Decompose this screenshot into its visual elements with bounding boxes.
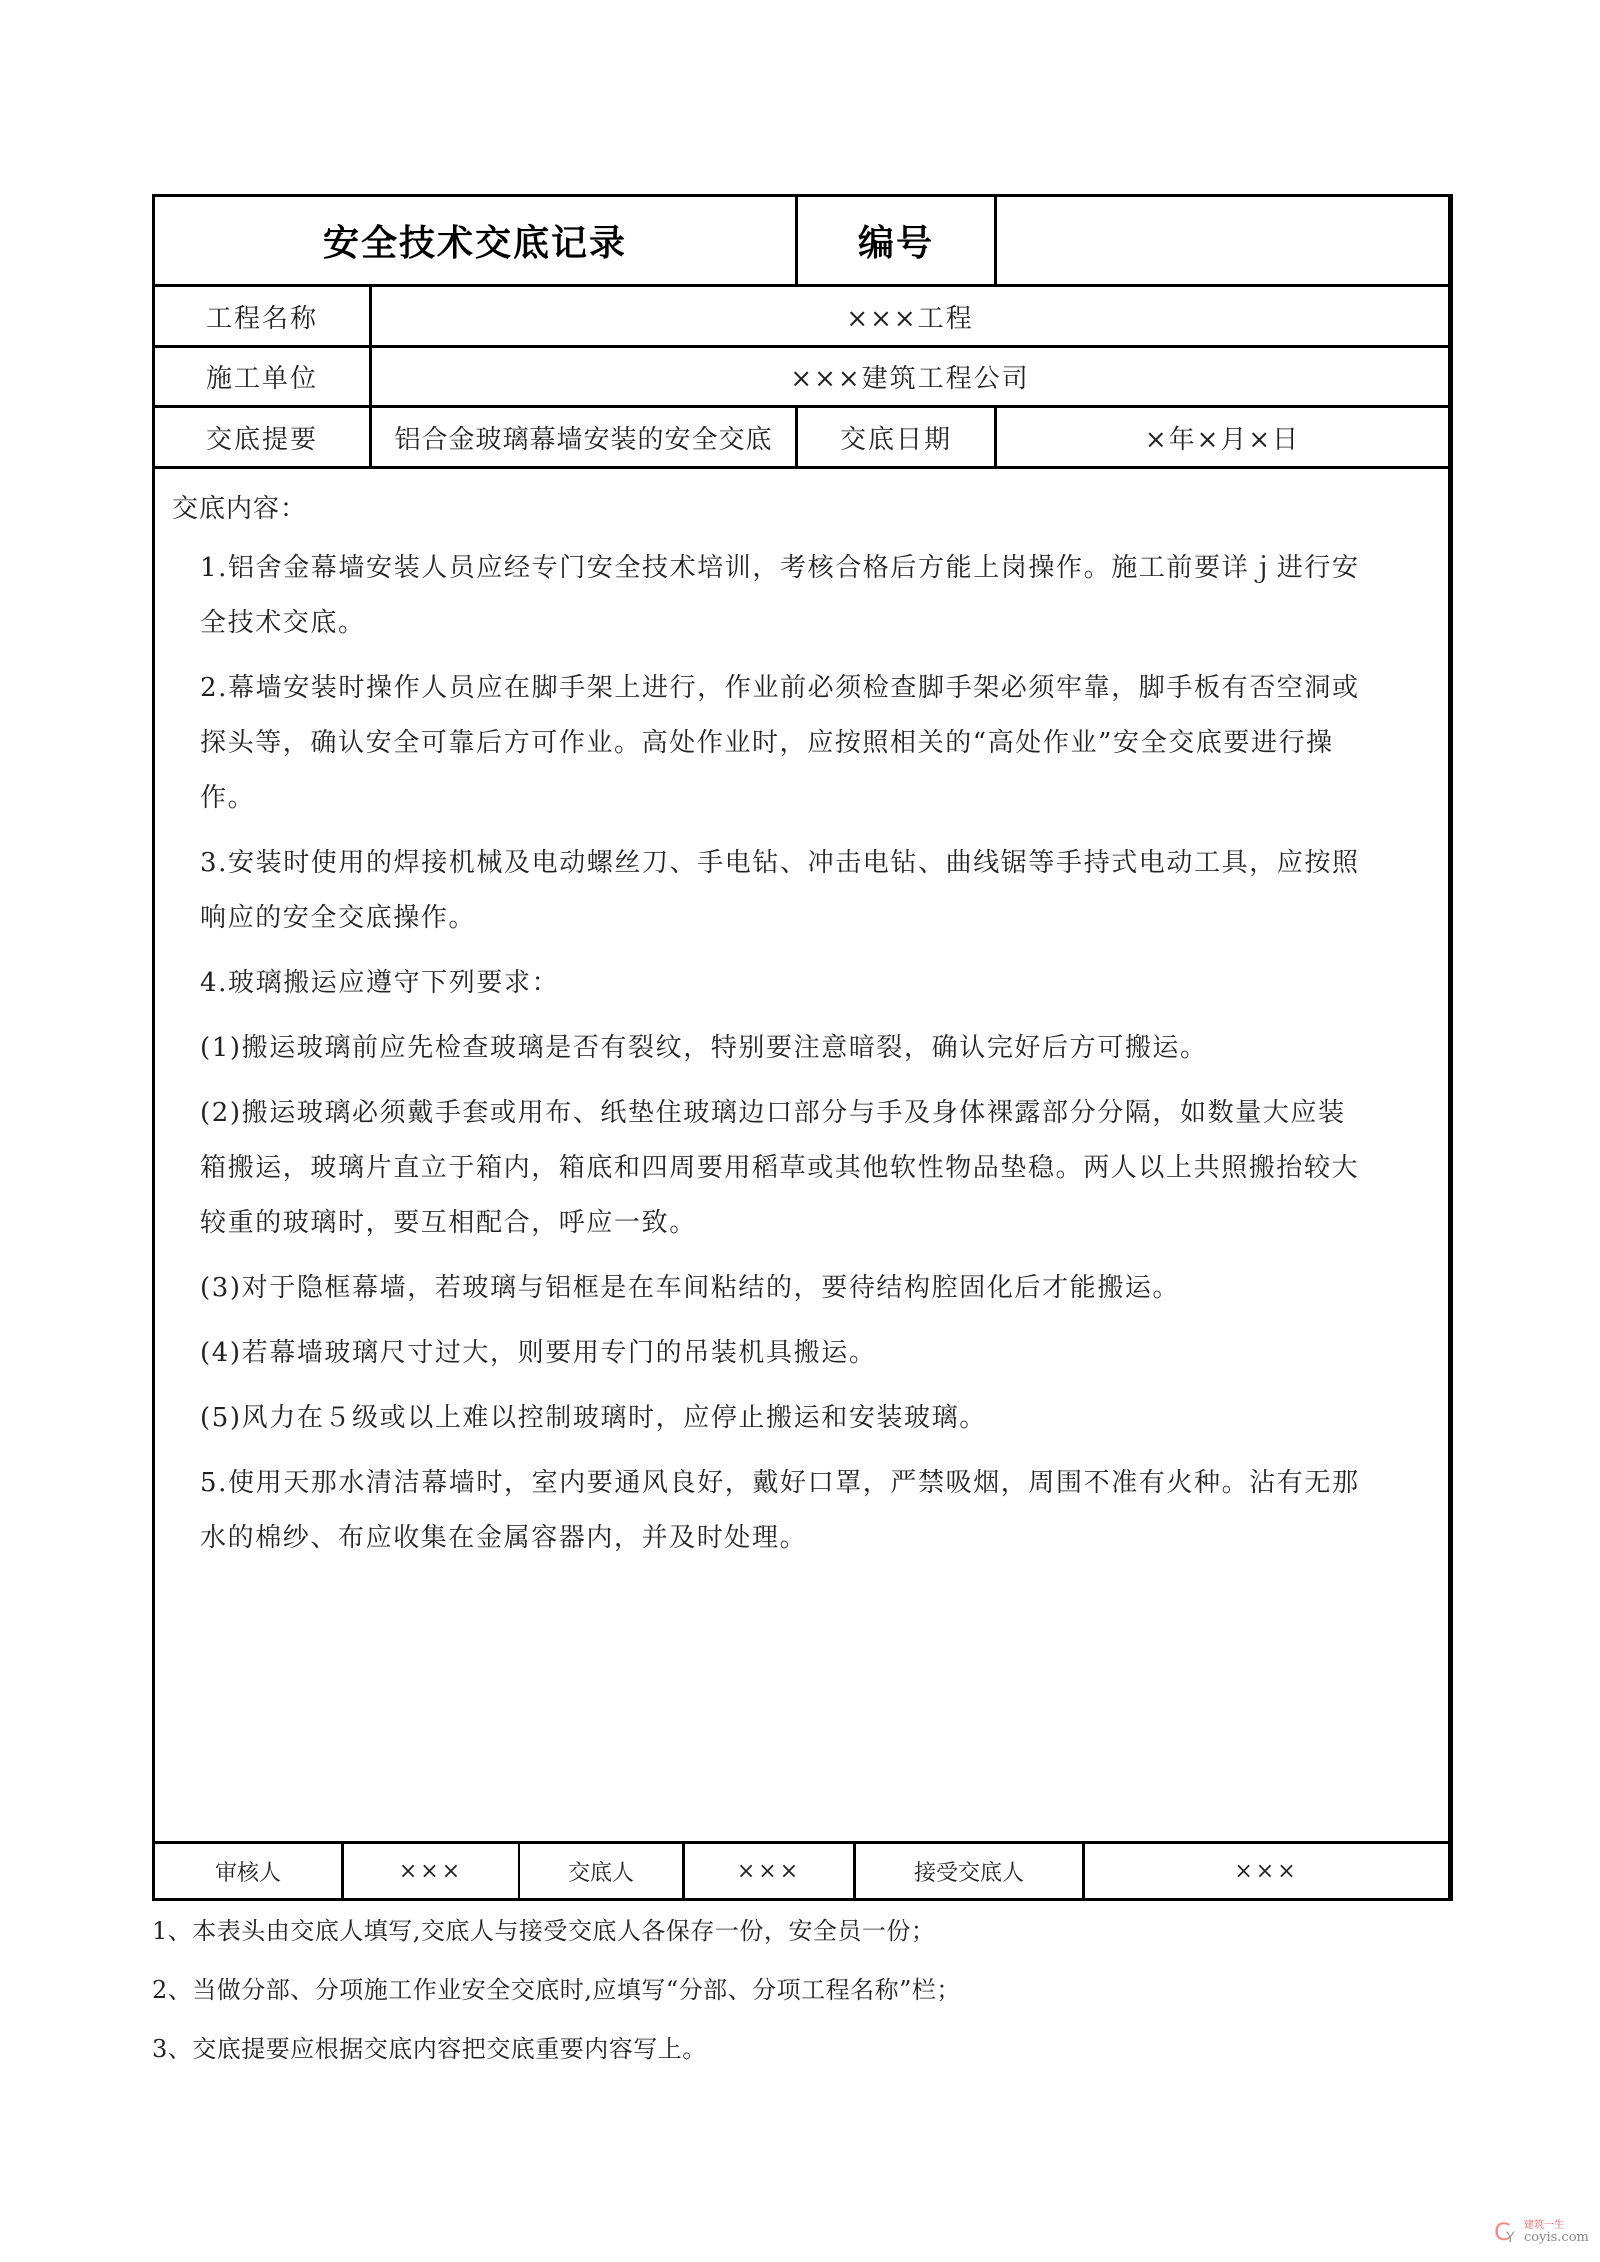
reviewer-label: 审核人 xyxy=(155,1844,341,1898)
content-line: (2)搬运玻璃必须戴手套或用布、纸垫住玻璃边口部分与手及身体裸露部分分隔，如数量… xyxy=(200,1093,1440,1148)
table-border-bottom xyxy=(152,1898,1452,1901)
content-paragraph-4-5: (5)风力在５级或以上难以控制玻璃时，应停止搬运和安装玻璃。 xyxy=(200,1398,1440,1453)
construction-unit-value: ×××建筑工程公司 xyxy=(372,348,1448,405)
content-line: 较重的玻璃时，要互相配合，呼应一致。 xyxy=(200,1203,1440,1258)
content-line: 箱搬运，玻璃片直立于箱内，箱底和四周要用稻草或其他软性物品垫稳。两人以上共照搬抬… xyxy=(200,1148,1440,1203)
watermark-brand-cn: 建筑一生 xyxy=(1524,2216,1564,2231)
presenter-value: ××× xyxy=(685,1844,853,1898)
content-line: 作。 xyxy=(200,778,1440,833)
content-paragraph-4-1: (1)搬运玻璃前应先检查玻璃是否有裂纹，特别要注意暗裂，确认完好后方可搬运。 xyxy=(200,1028,1440,1083)
summary-value: 铝合金玻璃幕墙安装的安全交底 xyxy=(372,408,795,466)
reviewer-value: ××× xyxy=(344,1844,518,1898)
content-body: 1.铝舍金幕墙安装人员应经专门安全技术培训，考核合格后方能上岗操作。施工前要详ｊ… xyxy=(200,548,1440,1583)
content-line: 1.铝舍金幕墙安装人员应经专门安全技术培训，考核合格后方能上岗操作。施工前要详ｊ… xyxy=(200,548,1440,603)
footnote-2: 2、当做分部、分项施工作业安全交底时,应填写“分部、分项工程名称”栏； xyxy=(152,1973,961,2032)
content-line: 4.玻璃搬运应遵守下列要求： xyxy=(200,963,1440,1018)
date-value: ×年×月×日 xyxy=(997,408,1448,466)
content-line: 水的棉纱、布应收集在金属容器内，并及时处理。 xyxy=(200,1518,1440,1573)
content-line: 响应的安全交底操作。 xyxy=(200,898,1440,953)
project-name-value: ×××工程 xyxy=(372,287,1448,345)
presenter-label: 交底人 xyxy=(520,1844,682,1898)
footnote-1: 1、本表头由交底人填写,交底人与接受交底人各保存一份，安全员一份； xyxy=(152,1914,961,1973)
content-line: 探头等，确认安全可靠后方可作业。高处作业时，应按照相关的“高处作业”安全交底要进… xyxy=(200,723,1440,778)
content-line: 2.幕墙安装时操作人员应在脚手架上进行，作业前必须检查脚手架必须牢靠，脚手板有否… xyxy=(200,668,1440,723)
content-heading: 交底内容： xyxy=(172,488,307,525)
content-paragraph-4-2: (2)搬运玻璃必须戴手套或用布、纸垫住玻璃边口部分与手及身体裸露部分分隔，如数量… xyxy=(200,1093,1440,1258)
content-paragraph-5: 5.使用天那水清洁幕墙时，室内要通风良好，戴好口罩，严禁吸烟，周围不准有火种。沾… xyxy=(200,1463,1440,1573)
summary-label: 交底提要 xyxy=(155,408,369,466)
content-paragraph-1: 1.铝舍金幕墙安装人员应经专门安全技术培训，考核合格后方能上岗操作。施工前要详ｊ… xyxy=(200,548,1440,658)
content-line: (3)对于隐框幕墙，若玻璃与铝框是在车间粘结的，要待结构腔固化后才能搬运。 xyxy=(200,1268,1440,1323)
receiver-value: ××× xyxy=(1085,1844,1448,1898)
project-name-label: 工程名称 xyxy=(155,287,369,345)
form-title: 安全技术交底记录 xyxy=(155,197,795,284)
number-label: 编号 xyxy=(798,197,994,284)
watermark: C Y 建筑一生 coyis.com xyxy=(1490,2212,1600,2252)
table-border-right xyxy=(1448,194,1453,1901)
footnotes: 1、本表头由交底人填写,交底人与接受交底人各保存一份，安全员一份； 2、当做分部… xyxy=(152,1914,961,2091)
watermark-brand-en: coyis.com xyxy=(1524,2230,1589,2245)
content-line: (1)搬运玻璃前应先检查玻璃是否有裂纹，特别要注意暗裂，确认完好后方可搬运。 xyxy=(200,1028,1440,1083)
content-line: 5.使用天那水清洁幕墙时，室内要通风良好，戴好口罩，严禁吸烟，周围不准有火种。沾… xyxy=(200,1463,1440,1518)
construction-unit-label: 施工单位 xyxy=(155,348,369,405)
row-divider xyxy=(152,466,1452,469)
content-line: 全技术交底。 xyxy=(200,603,1440,658)
content-line: (5)风力在５级或以上难以控制玻璃时，应停止搬运和安装玻璃。 xyxy=(200,1398,1440,1453)
watermark-logo-sub: Y xyxy=(1506,2230,1515,2246)
content-paragraph-3: 3.安装时使用的焊接机械及电动螺丝刀、手电钻、冲击电钻、曲线锯等手持式电动工具，… xyxy=(200,843,1440,953)
content-paragraph-2: 2.幕墙安装时操作人员应在脚手架上进行，作业前必须检查脚手架必须牢靠，脚手板有否… xyxy=(200,668,1440,833)
content-paragraph-4: 4.玻璃搬运应遵守下列要求： xyxy=(200,963,1440,1018)
number-field[interactable] xyxy=(997,197,1448,284)
footnote-3: 3、交底提要应根据交底内容把交底重要内容写上。 xyxy=(152,2032,961,2091)
content-line: (4)若幕墙玻璃尺寸过大，则要用专门的吊装机具搬运。 xyxy=(200,1333,1440,1388)
content-line: 3.安装时使用的焊接机械及电动螺丝刀、手电钻、冲击电钻、曲线锯等手持式电动工具，… xyxy=(200,843,1440,898)
date-label: 交底日期 xyxy=(798,408,994,466)
content-paragraph-4-4: (4)若幕墙玻璃尺寸过大，则要用专门的吊装机具搬运。 xyxy=(200,1333,1440,1388)
content-paragraph-4-3: (3)对于隐框幕墙，若玻璃与铝框是在车间粘结的，要待结构腔固化后才能搬运。 xyxy=(200,1268,1440,1323)
receiver-label: 接受交底人 xyxy=(856,1844,1082,1898)
